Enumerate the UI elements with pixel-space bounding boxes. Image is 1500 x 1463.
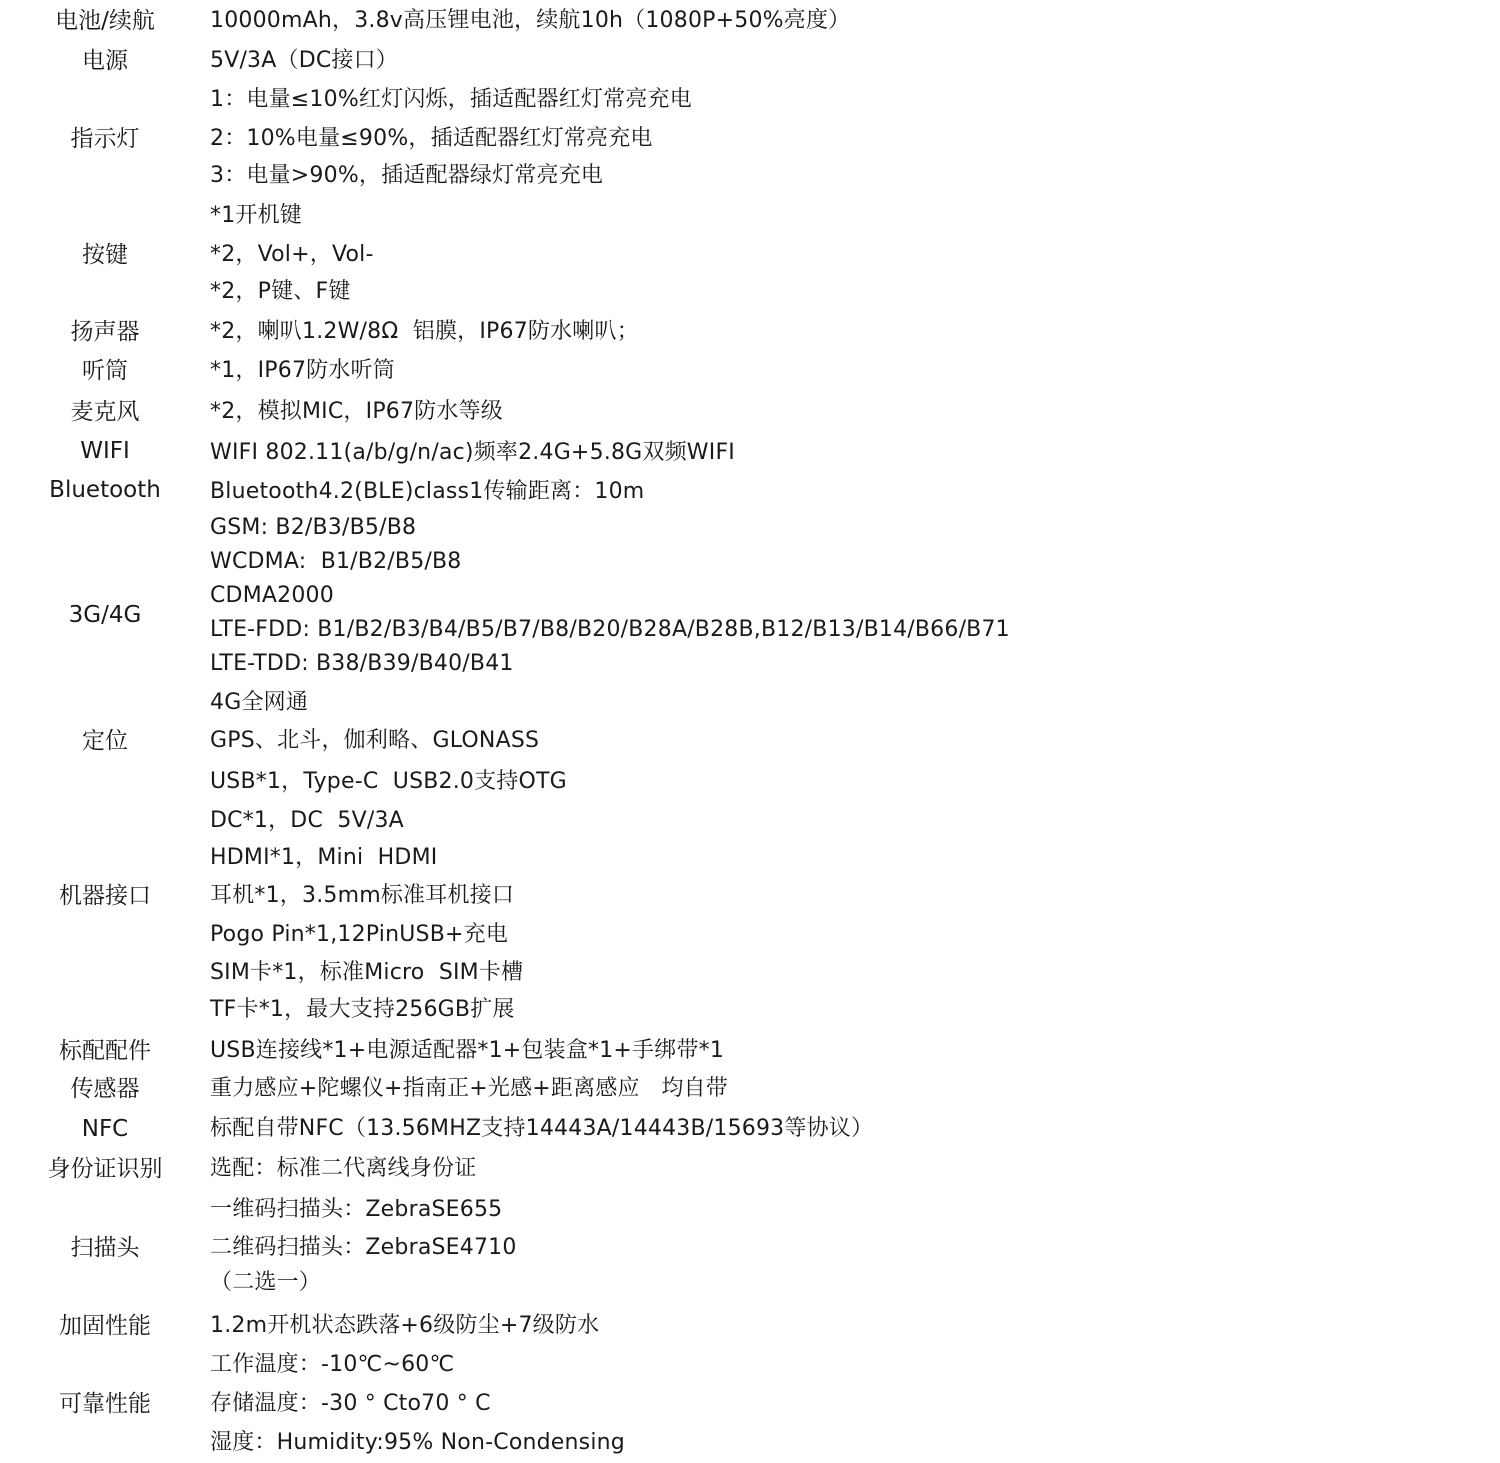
spec-label: 定位 [0, 726, 210, 756]
spec-value: WCDMA: B1/B2/B5/B8 [210, 547, 462, 577]
spec-value: 标配自带NFC（13.56MHZ支持14443A/14443B/15693等协议… [210, 1114, 873, 1144]
spec-label: Bluetooth [0, 475, 210, 505]
spec-value: LTE-FDD: B1/B2/B3/B4/B5/B7/B8/B20/B28A/B… [210, 615, 1010, 645]
spec-value: 3：电量>90%，插适配器绿灯常亮充电 [210, 161, 603, 191]
spec-label: 扬声器 [0, 317, 210, 347]
spec-value: 1：电量≤10%红灯闪烁，插适配器红灯常亮充电 [210, 85, 692, 115]
spec-value: *2，Vol+，Vol- [210, 240, 374, 270]
spec-value: 湿度：Humidity:95% Non-Condensing [210, 1428, 625, 1458]
spec-value: HDMI*1，Mini HDMI [210, 843, 437, 873]
spec-value: 选配：标准二代离线身份证 [210, 1154, 476, 1184]
spec-label: 扫描头 [0, 1233, 210, 1263]
spec-value: *1开机键 [210, 201, 302, 231]
spec-value: Pogo Pin*1,12PinUSB+充电 [210, 920, 508, 950]
spec-value: 工作温度：-10℃~60℃ [210, 1350, 454, 1380]
spec-value: 10000mAh，3.8v高压锂电池，续航10h（1080P+50%亮度） [210, 6, 850, 36]
spec-label: 听筒 [0, 356, 210, 386]
spec-value: （二选一） [210, 1268, 321, 1298]
spec-value: 二维码扫描头：ZebraSE4710 [210, 1233, 517, 1263]
spec-label: 指示灯 [0, 124, 210, 154]
spec-label: NFC [0, 1114, 210, 1144]
spec-label: 加固性能 [0, 1311, 210, 1341]
spec-label: 标配配件 [0, 1036, 210, 1066]
spec-label: 可靠性能 [0, 1389, 210, 1419]
spec-value: 耳机*1，3.5mm标准耳机接口 [210, 881, 514, 911]
spec-value: WIFI 802.11(a/b/g/n/ac)频率2.4G+5.8G双频WIFI [210, 438, 735, 468]
spec-label: 3G/4G [0, 600, 210, 630]
spec-value: 一维码扫描头：ZebraSE655 [210, 1195, 502, 1225]
spec-value: *2，喇叭1.2W/8Ω 铝膜，IP67防水喇叭； [210, 317, 639, 347]
spec-value: 存储温度：-30 ° Cto70 ° C [210, 1389, 491, 1419]
spec-label: 机器接口 [0, 881, 210, 911]
spec-value: *2，模拟MIC，IP67防水等级 [210, 397, 503, 427]
spec-value: 重力感应+陀螺仪+指南正+光感+距离感应 均自带 [210, 1074, 728, 1104]
spec-value: TF卡*1，最大支持256GB扩展 [210, 995, 515, 1025]
spec-label: 身份证识别 [0, 1154, 210, 1184]
spec-value: Bluetooth4.2(BLE)class1传输距离：10m [210, 477, 644, 507]
spec-label: 传感器 [0, 1074, 210, 1104]
spec-value: 5V/3A（DC接口） [210, 46, 398, 76]
spec-value: SIM卡*1，标准Micro SIM卡槽 [210, 958, 523, 988]
spec-label: 按键 [0, 240, 210, 270]
spec-value: GSM: B2/B3/B5/B8 [210, 513, 416, 543]
spec-label: 电池/续航 [0, 6, 210, 36]
spec-label: 电源 [0, 46, 210, 76]
spec-value: 4G全网通 [210, 688, 308, 718]
spec-value: USB*1，Type-C USB2.0支持OTG [210, 767, 567, 797]
spec-sheet: 电池/续航10000mAh，3.8v高压锂电池，续航10h（1080P+50%亮… [0, 0, 1500, 1463]
spec-value: LTE-TDD: B38/B39/B40/B41 [210, 649, 514, 679]
spec-value: *2，P键、F键 [210, 277, 351, 307]
spec-label: 麦克风 [0, 397, 210, 427]
spec-value: 1.2m开机状态跌落+6级防尘+7级防水 [210, 1311, 599, 1341]
spec-value: DC*1，DC 5V/3A [210, 806, 404, 836]
spec-value: *1，IP67防水听筒 [210, 356, 395, 386]
spec-value: USB连接线*1+电源适配器*1+包装盒*1+手绑带*1 [210, 1036, 724, 1066]
spec-value: GPS、北斗，伽利略、GLONASS [210, 726, 539, 756]
spec-value: 2：10%电量≤90%，插适配器红灯常亮充电 [210, 124, 653, 154]
spec-label: WIFI [0, 436, 210, 466]
spec-value: CDMA2000 [210, 581, 334, 611]
